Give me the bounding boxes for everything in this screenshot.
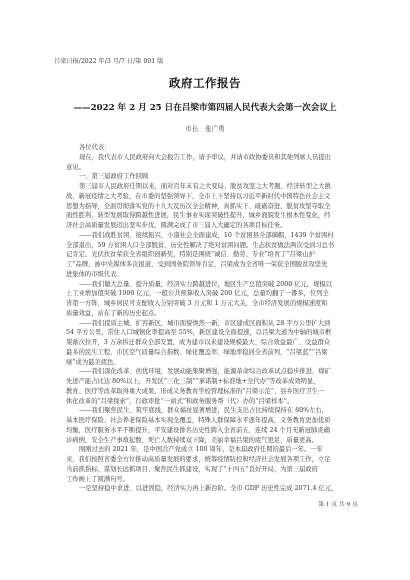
body-line: 54 平方公里，常住人口城镇化率提高至 55%，新区建设全面提速，以吕梁大道为中… bbox=[66, 328, 358, 338]
document-body: 各位代表：现在，我代表市人民政府向大会报告工作，请予审议，并请市政协委员和其他列… bbox=[66, 143, 358, 494]
body-line: 绿”成为最美底色。 bbox=[66, 358, 358, 368]
body-line: ——我们做大总量、提升质量，经济实力跨越进位，地区生产总值突破 2000 亿元，… bbox=[66, 280, 358, 290]
body-line: 工作画上了圆满句号。 bbox=[66, 475, 358, 485]
body-line: 教育、医疗等改革取得重大成果，形成义务教育学校管理标准的“吕梁示范”、县乡医疗卫… bbox=[66, 387, 358, 397]
body-line: 体化改革的“吕梁探索”，行政审批“一窗式”和政务服务帮（代）办的“吕梁样本”。 bbox=[66, 397, 358, 407]
body-line: ——我们深化改革、创优环境，发展动能集聚增强，能源革命综合改革试点稳步推进，煤矿 bbox=[66, 367, 358, 377]
body-line: 一是坚持稳中求进、以进固稳，经济实力再上新台阶。全市 GDP 历史性完成 207… bbox=[66, 484, 358, 494]
body-line: 当前抓指标、谋划长远抓项目、聚焦民生抓建设，实现了“十四五”良好开局，为第三届政… bbox=[66, 465, 358, 475]
body-line: 现在，我代表市人民政府向大会报告工作，请予审议，并请市政协委员和其他列席人员提出 bbox=[66, 153, 358, 163]
body-line: 来，我们按照省委全方位推动高质量发展的要求，统筹疫情防控和经济社会发展各项工作，… bbox=[66, 455, 358, 465]
body-line: 上工业增加值突破 1000 亿元，一般公共预算收入突破 200 亿元，总量均翻了… bbox=[66, 289, 358, 299]
body-line: 基本医疗保险、社会养老保险基本实现全覆盖，特殊人群保障水平逐年提高，义务教育更加… bbox=[66, 416, 358, 426]
document-subtitle: ——2022 年 2 月 25 日在吕梁市第四届人民代表大会第一次会议上 bbox=[0, 101, 410, 113]
source-line: 吕梁日报/2022 年/3 月/7 日/第 001 版 bbox=[54, 56, 163, 65]
document-title: 政府工作报告 bbox=[0, 75, 410, 91]
body-line: 济社会高质量发展迈出坚实步伐，圆满完成了市三届人大确定的各项目标任务。 bbox=[66, 221, 358, 231]
body-line: 面性胜利，转型发展取得跨越性进展，民生事业实现突破性提升，城乡面貌发生根本性变化… bbox=[66, 211, 358, 221]
body-line: 省第一方阵，城乡居民可支配收入分别突破 3 万元和 1 万元大关，全市经济发展的… bbox=[66, 299, 358, 309]
body-line: ——我们聚焦民生、筑牢底线，群众福祉显著增进，民生支出占比持续保持在 80%左右… bbox=[66, 406, 358, 416]
body-line: 第三届市人民政府任期以来，面对百年未有之大变局、脱贫攻坚之大考题、经济转型之大挑 bbox=[66, 182, 358, 192]
body-line: 先进产能占比达 80%以上，开发区“三化三制”“承诺制+标准地+全代办”等改革成… bbox=[66, 377, 358, 387]
body-line: 均衡，医疗服务水平不断提升，平安建设排名历史性跨入全省前五，连续 24 个月无新… bbox=[66, 426, 358, 436]
body-line: 架渐次拉开，3 万余拆迁群众全部安置，成为建市以来建设规模最大、综合效益最广、受… bbox=[66, 338, 358, 348]
body-line: 进集体的市级代表。 bbox=[66, 270, 358, 280]
document-page: 吕梁日报/2022 年/3 月/7 日/第 001 版 政府工作报告 ——202… bbox=[0, 0, 410, 580]
body-line: 意见。 bbox=[66, 163, 358, 173]
body-line: 战、新冠疫情之大考验，在市委的坚强领导下，全市上下坚持以习近平新时代中国特色社会… bbox=[66, 192, 358, 202]
body-line: 刚刚过去的 2021 年，是中国共产党成立 100 周年，是本届政府任期的最后一… bbox=[66, 445, 358, 455]
body-line: 记肯定，光伏扶贫荣获全省组织创新奖，特别是围绕“诚信、勤劳、专业”培育了“吕梁山… bbox=[66, 250, 358, 260]
body-line: 思想为指导，全面贯彻落实党的十九大及历次全会精神，真抓实干、砥砺奋进，脱贫攻坚夺… bbox=[66, 202, 358, 212]
body-line: 诊病例，安全生产事故起数、死亡人数持续双下降，美丽幸福吕梁的底气更足、质量更高。 bbox=[66, 436, 358, 446]
body-line: 各位代表： bbox=[66, 143, 358, 153]
page-footer: 第 1 页 共 9 页 bbox=[0, 499, 410, 508]
body-line: 一、第三届政府工作回顾 bbox=[66, 172, 358, 182]
body-line: ——我们战胜贫困、接续振兴，小康社会全面建成，10 个贫困县全部摘帽，1439 … bbox=[66, 231, 358, 241]
body-line: ——我们提质主城、扩容新区，城市面貌焕然一新，市区建成区面积从 28 平方公里扩… bbox=[66, 319, 358, 329]
body-line: 全部退出，59 万贫困人口全部脱贫，历史性解决了绝对贫困问题。生态扶贫做法两次受… bbox=[66, 241, 358, 251]
body-line: 质量效益，站在了新的历史起点。 bbox=[66, 309, 358, 319]
body-line: 工”品牌，被中央媒体多次报道，受到国务院领导肯定，吕梁成为全省唯一荣获全国脱贫攻… bbox=[66, 260, 358, 270]
document-author: 市长 张广勇 bbox=[0, 123, 410, 133]
body-line: 最多的民生工程，市区空气质量综合指数、绿化覆盖率、绿地率稳居全省前列，“吕梁蓝”… bbox=[66, 348, 358, 358]
